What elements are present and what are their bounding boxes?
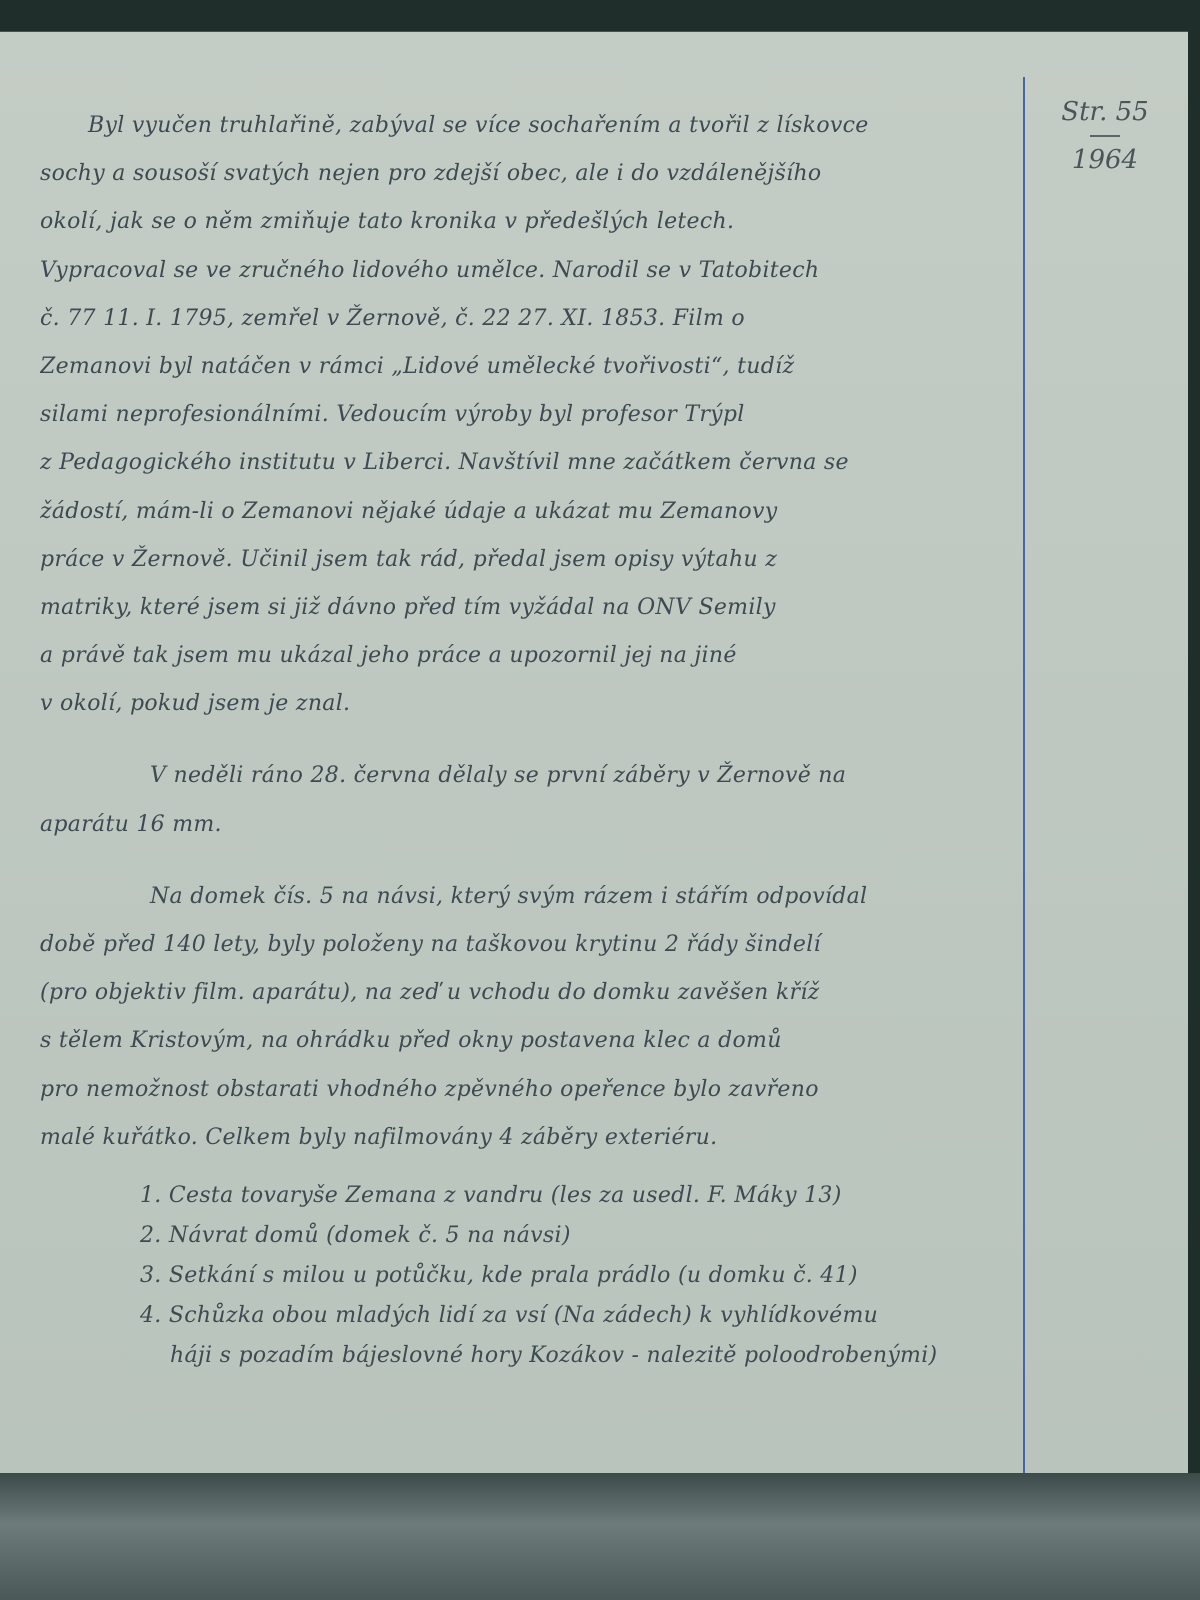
text-line: z Pedagogického institutu v Liberci. Nav… bbox=[40, 439, 1015, 487]
list-item-continuation: háji s pozadím bájeslovné hory Kozákov -… bbox=[40, 1336, 1015, 1376]
text-line: s tělem Kristovým, na ohrádku před okny … bbox=[40, 1017, 1015, 1065]
list-item: 2. Návrat domů (domek č. 5 na návsi) bbox=[40, 1216, 1015, 1256]
text-line: Zemanovi byl natáčen v rámci „Lidové umě… bbox=[40, 343, 1015, 391]
chronicle-page: Str. 55 1964 Byl vyučen truhlařině, zabý… bbox=[0, 31, 1188, 1474]
text-line: době před 140 lety, byly položeny na taš… bbox=[40, 921, 1015, 969]
list-item: 3. Setkání s milou u potůčku, kde prala … bbox=[40, 1256, 1015, 1296]
paragraph-2: V neděli ráno 28. června dělaly se první… bbox=[40, 752, 1015, 848]
margin-note: Str. 55 1964 bbox=[1040, 97, 1170, 175]
list-item: 1. Cesta tovaryše Zemana z vandru (les z… bbox=[40, 1176, 1015, 1216]
list-text: Schůzka obou mladých lidí za vsí (Na zád… bbox=[169, 1303, 878, 1328]
text-line: Byl vyučen truhlařině, zabýval se více s… bbox=[40, 102, 1015, 150]
text-line: č. 77 11. I. 1795, zemřel v Žernově, č. … bbox=[40, 295, 1015, 343]
text-line: Na domek čís. 5 na návsi, který svým ráz… bbox=[40, 873, 1015, 921]
paragraph-1: Byl vyučen truhlařině, zabýval se více s… bbox=[40, 102, 1015, 728]
margin-dash bbox=[1090, 135, 1120, 137]
text-line: aparátu 16 mm. bbox=[40, 801, 1015, 849]
list-text: Setkání s milou u potůčku, kde prala prá… bbox=[169, 1263, 858, 1288]
text-line: malé kuřátko. Celkem byly nafilmovány 4 … bbox=[40, 1114, 1015, 1162]
text-line: matriky, které jsem si již dávno před tí… bbox=[40, 584, 1015, 632]
list-number: 4. bbox=[140, 1303, 162, 1328]
text-line: a právě tak jsem mu ukázal jeho práce a … bbox=[40, 632, 1015, 680]
text-line: silami neprofesionálními. Vedoucím výrob… bbox=[40, 391, 1015, 439]
background-below-page bbox=[0, 1473, 1200, 1600]
year-label: 1964 bbox=[1072, 145, 1138, 175]
text-line: V neděli ráno 28. června dělaly se první… bbox=[40, 752, 1015, 800]
text-line: práce v Žernově. Učinil jsem tak rád, př… bbox=[40, 536, 1015, 584]
text-line: sochy a sousoší svatých nejen pro zdejší… bbox=[40, 150, 1015, 198]
text-line: pro nemožnost obstarati vhodného zpěvnéh… bbox=[40, 1066, 1015, 1114]
text-line: v okolí, pokud jsem je znal. bbox=[40, 680, 1015, 728]
list-number: 2. bbox=[140, 1223, 162, 1248]
list-item: 4. Schůzka obou mladých lidí za vsí (Na … bbox=[40, 1296, 1015, 1336]
list-number: 3. bbox=[140, 1263, 162, 1288]
text-line: žádostí, mám-li o Zemanovi nějaké údaje … bbox=[40, 488, 1015, 536]
text-line: Vypracoval se ve zručného lidového umělc… bbox=[40, 247, 1015, 295]
page-number-label: Str. 55 bbox=[1061, 97, 1148, 127]
paragraph-3: Na domek čís. 5 na návsi, který svým ráz… bbox=[40, 873, 1015, 1162]
text-line: (pro objektiv film. aparátu), na zeď u v… bbox=[40, 969, 1015, 1017]
list-text: Návrat domů (domek č. 5 na návsi) bbox=[169, 1223, 571, 1248]
list-text: Cesta tovaryše Zemana z vandru (les za u… bbox=[169, 1183, 842, 1208]
list-number: 1. bbox=[140, 1183, 162, 1208]
text-line: okolí, jak se o něm zmiňuje tato kronika… bbox=[40, 198, 1015, 246]
margin-rule bbox=[1023, 77, 1025, 1502]
scene-list: 1. Cesta tovaryše Zemana z vandru (les z… bbox=[40, 1176, 1015, 1376]
handwritten-text: Byl vyučen truhlařině, zabýval se více s… bbox=[40, 102, 1015, 1376]
